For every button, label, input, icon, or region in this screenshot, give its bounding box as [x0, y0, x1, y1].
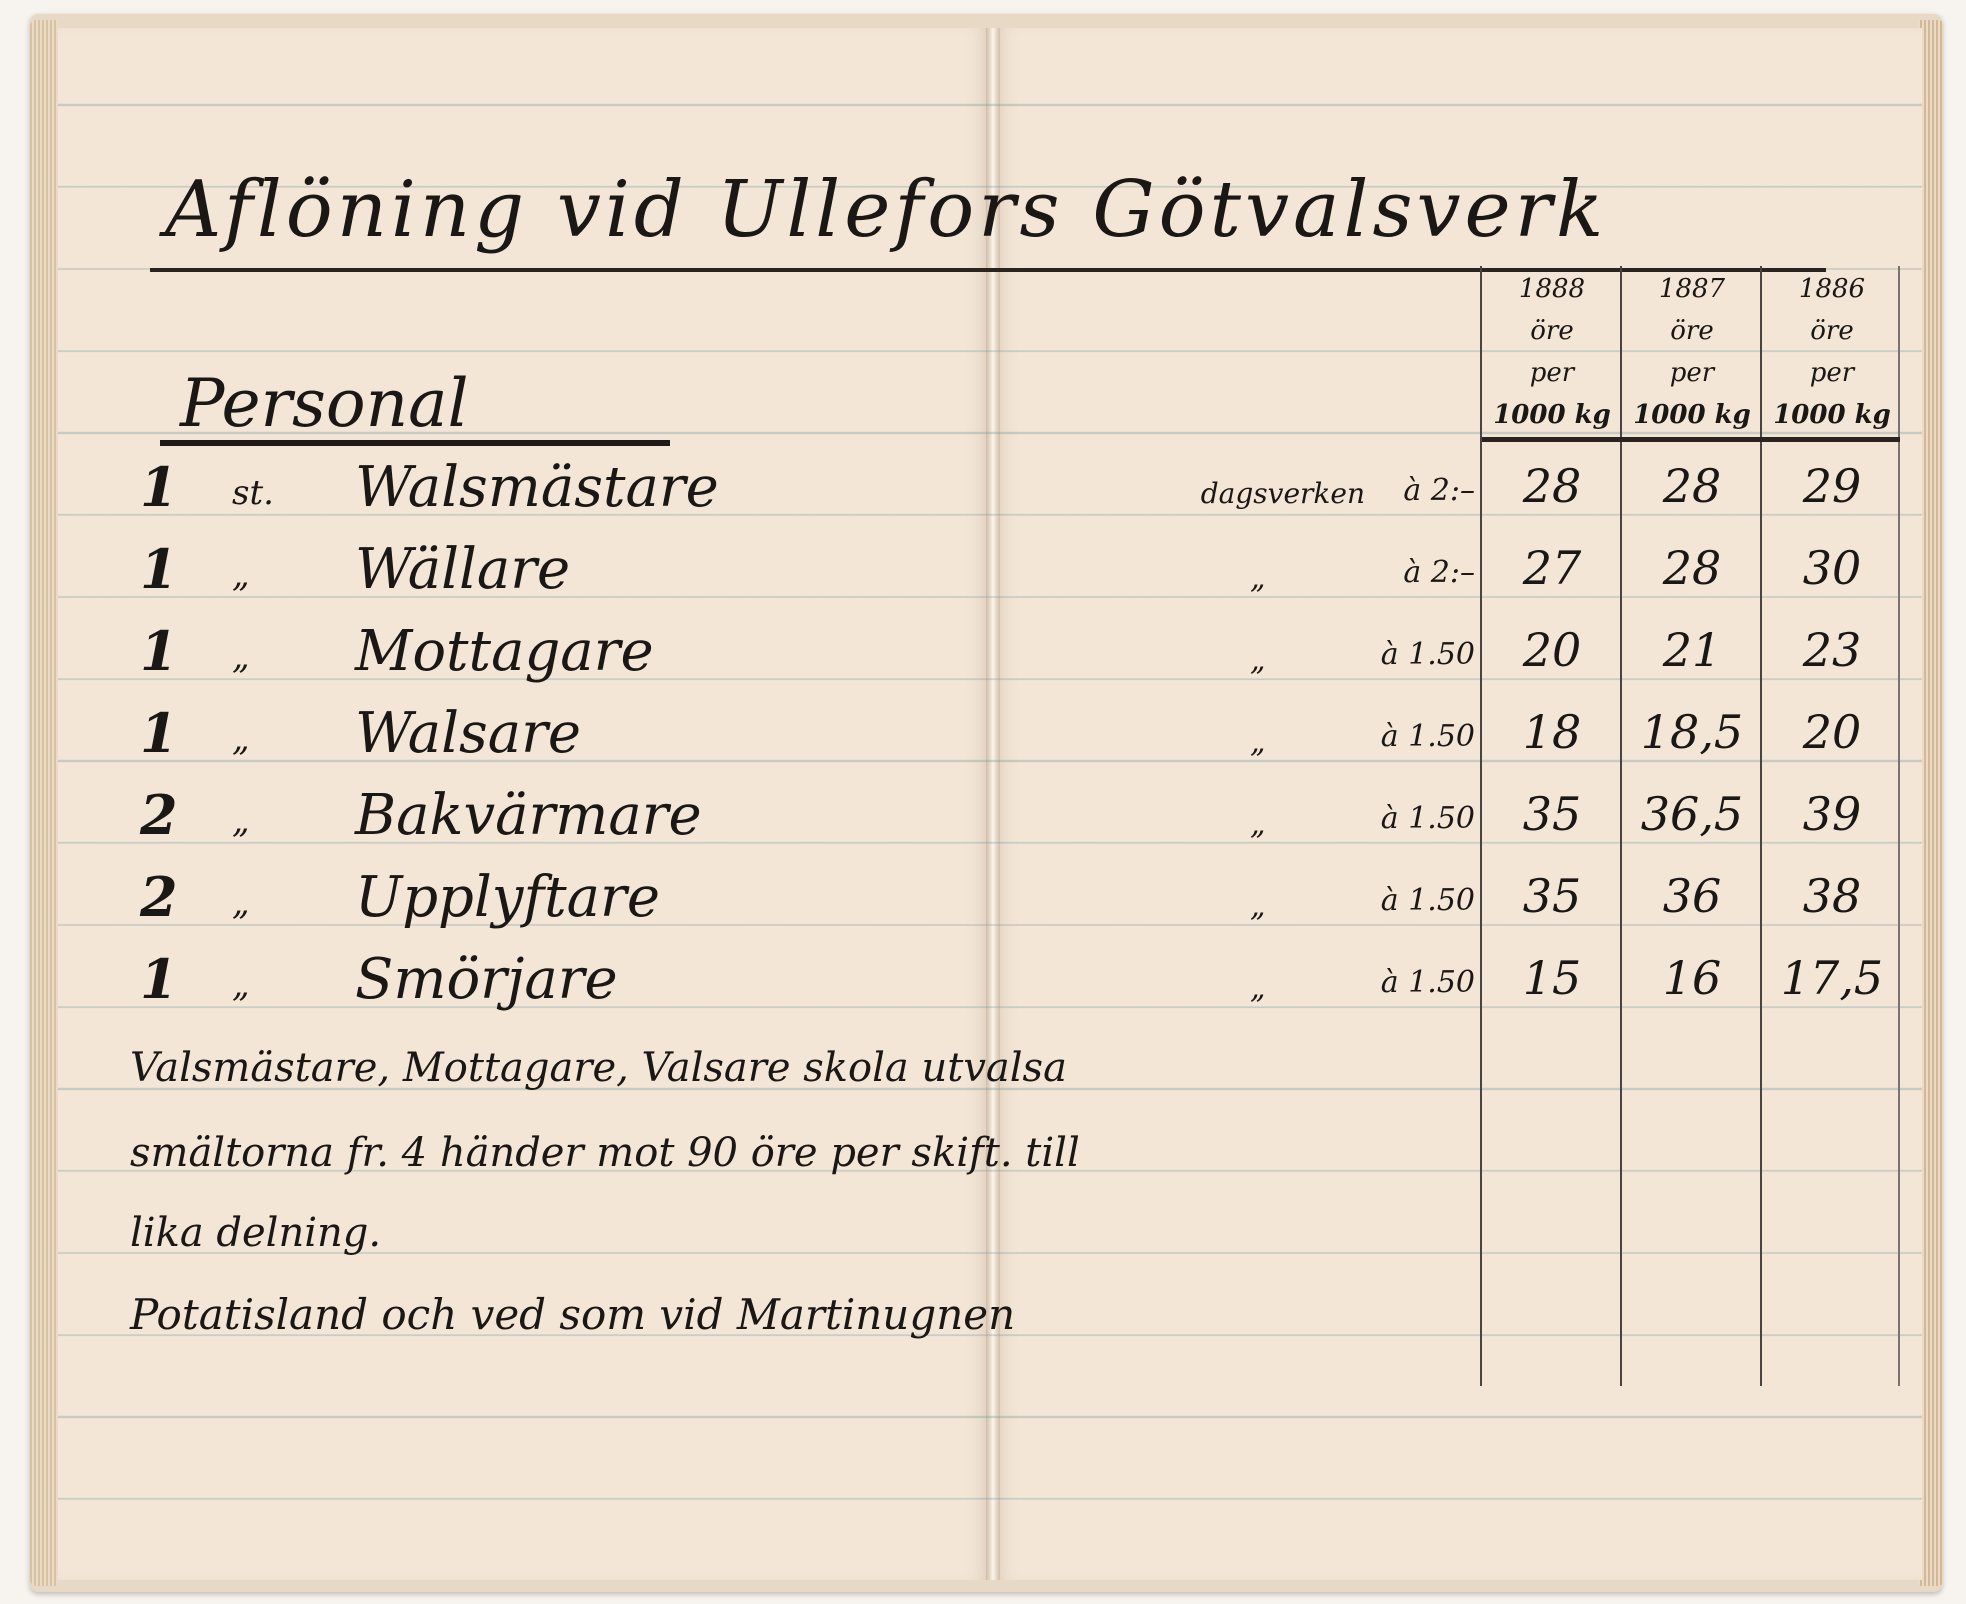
value-1888: 20	[1482, 623, 1622, 677]
table-row: 1 „ Smörjare „ à 1.50 15 16 17,5	[0, 947, 1966, 1029]
value-1888: 35	[1482, 787, 1622, 841]
quantity: 1	[140, 619, 178, 683]
quantity: 1	[140, 701, 178, 765]
table-row: 1 „ Wällare „ à 2:– 27 28 30	[0, 537, 1966, 619]
section-underline	[160, 440, 670, 446]
role-name: Smörjare	[355, 947, 618, 1012]
rate-cell: à 1.50	[1120, 701, 1475, 783]
value-1887: 21	[1622, 623, 1762, 677]
value-1888: 18	[1482, 705, 1622, 759]
value-1888: 15	[1482, 951, 1622, 1005]
column-unit-line: 1000 kg	[1482, 394, 1622, 436]
unit-mark: „	[232, 555, 250, 595]
rate-basis: dagsverken	[1201, 477, 1365, 510]
role-name: Upplyftare	[355, 865, 660, 930]
table-row: 2 „ Upplyftare „ à 1.50 35 36 38	[0, 865, 1966, 947]
value-1886: 29	[1762, 459, 1902, 513]
note-line: smältorna fr. 4 händer mot 90 öre per sk…	[130, 1130, 1080, 1176]
rate-cell: dagsverken à 2:–	[1120, 455, 1475, 537]
table-row: 2 „ Bakvärmare „ à 1.50 35 36,5 39	[0, 783, 1966, 865]
column-unit-line: per	[1622, 352, 1762, 394]
value-1886: 39	[1762, 787, 1902, 841]
note-line: lika delning.	[130, 1210, 381, 1256]
column-unit-line: per	[1482, 352, 1622, 394]
rate-cell: à 1.50	[1120, 783, 1475, 865]
value-1887: 36,5	[1622, 787, 1762, 841]
value-1886: 30	[1762, 541, 1902, 595]
note-line: Potatisland och ved som vid Martinugnen	[130, 1290, 1015, 1339]
unit-mark: „	[232, 965, 250, 1005]
value-1886: 23	[1762, 623, 1902, 677]
value-1887: 36	[1622, 869, 1762, 923]
column-header-1888: 1888 öre per 1000 kg	[1482, 268, 1622, 436]
column-year: 1887	[1622, 268, 1762, 310]
value-1887: 16	[1622, 951, 1762, 1005]
rate: à 1.50	[1381, 637, 1475, 672]
value-1887: 18,5	[1622, 705, 1762, 759]
value-1886: 38	[1762, 869, 1902, 923]
column-year: 1886	[1762, 268, 1902, 310]
table-row: 1 st. Walsmästare dagsverken à 2:– 28 28…	[0, 455, 1966, 537]
column-unit-line: 1000 kg	[1762, 394, 1902, 436]
role-name: Bakvärmare	[355, 783, 702, 848]
rate: à 1.50	[1381, 719, 1475, 754]
quantity: 1	[140, 947, 178, 1011]
rate-cell: à 1.50	[1120, 619, 1475, 701]
column-unit-line: öre	[1622, 310, 1762, 352]
quantity: 1	[140, 537, 178, 601]
value-1887: 28	[1622, 459, 1762, 513]
rate-cell: à 1.50	[1120, 865, 1475, 947]
role-name: Walsare	[355, 701, 581, 766]
column-header-1886: 1886 öre per 1000 kg	[1762, 268, 1902, 436]
header-underline	[1482, 437, 1900, 442]
role-name: Wällare	[355, 537, 570, 602]
quantity: 2	[140, 783, 178, 847]
column-unit-line: öre	[1482, 310, 1622, 352]
unit-mark: „	[232, 801, 250, 841]
page-title: Aflöning vid Ullefors Götvalsverk	[165, 165, 1607, 255]
role-name: Walsmästare	[355, 455, 719, 520]
unit-mark: „	[232, 883, 250, 923]
quantity: 2	[140, 865, 178, 929]
column-unit-line: 1000 kg	[1622, 394, 1762, 436]
value-1886: 20	[1762, 705, 1902, 759]
table-row: 1 „ Mottagare „ à 1.50 20 21 23	[0, 619, 1966, 701]
column-unit-line: öre	[1762, 310, 1902, 352]
table-row: 1 „ Walsare „ à 1.50 18 18,5 20	[0, 701, 1966, 783]
section-heading: Personal	[180, 365, 469, 442]
value-1888: 35	[1482, 869, 1622, 923]
note-line: Valsmästare, Mottagare, Valsare skola ut…	[130, 1045, 1067, 1091]
value-1888: 28	[1482, 459, 1622, 513]
value-1888: 27	[1482, 541, 1622, 595]
rate: à 1.50	[1381, 883, 1475, 918]
rate: à 1.50	[1381, 965, 1475, 1000]
rate: à 2:–	[1403, 555, 1475, 590]
column-year: 1888	[1482, 268, 1622, 310]
rate: à 2:–	[1403, 473, 1475, 508]
column-header-1887: 1887 öre per 1000 kg	[1622, 268, 1762, 436]
quantity: 1	[140, 455, 178, 519]
value-1887: 28	[1622, 541, 1762, 595]
unit-mark: st.	[232, 473, 274, 513]
unit-mark: „	[232, 637, 250, 677]
rate-cell: à 1.50	[1120, 947, 1475, 1029]
unit-mark: „	[232, 719, 250, 759]
rate-cell: à 2:–	[1120, 537, 1475, 619]
role-name: Mottagare	[355, 619, 654, 684]
column-unit-line: per	[1762, 352, 1902, 394]
value-1886: 17,5	[1762, 951, 1902, 1005]
rate: à 1.50	[1381, 801, 1475, 836]
